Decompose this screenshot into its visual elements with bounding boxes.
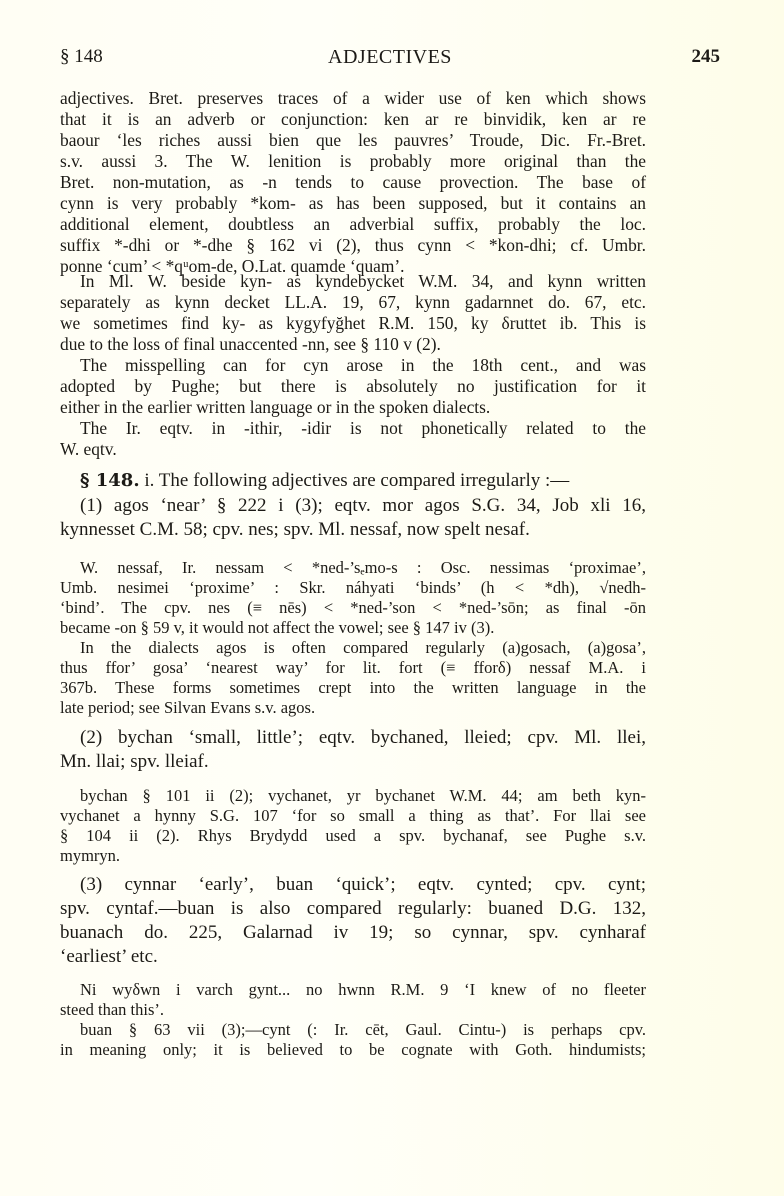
running-header: § 148 ADJECTIVES 245: [60, 46, 720, 72]
text-line: separately as kynn decket LL.A. 19, 67, …: [60, 292, 646, 313]
section-148-heading: § 148. i. The following adjectives are c…: [60, 469, 646, 493]
paragraph-misspelling: The misspelling can for cyn arose in the…: [60, 355, 646, 418]
text-line: additional element, doubtless an adverbi…: [60, 214, 646, 235]
book-page: § 148 ADJECTIVES 245 adjectives. Bret. p…: [0, 0, 784, 1196]
text-line: cynn is very probably *kom- as has been …: [60, 193, 646, 214]
text-line: due to the loss of final unaccented -nn,…: [60, 334, 646, 355]
text-line: In Ml. W. beside kyn- as kyndebycket W.M…: [60, 271, 646, 292]
paragraph-continued: adjectives. Bret. preserves traces of a …: [60, 88, 646, 277]
item-bychan: (2) bychan ‘small, little’; eqtv. bychan…: [60, 726, 646, 774]
text-line: W. eqtv.: [60, 439, 646, 460]
note-bychan: bychan § 101 ii (2); vychanet, yr bychan…: [60, 786, 646, 866]
text-line: that it is an adverb or conjunction: ken…: [60, 109, 646, 130]
text-line: buanach do. 225, Galarnad iv 19; so cynn…: [60, 921, 646, 945]
text-line: The misspelling can for cyn arose in the…: [60, 355, 646, 376]
text-line: steed than this’.: [60, 1000, 646, 1020]
item-agos: (1) agos ‘near’ § 222 i (3); eqtv. mor a…: [60, 494, 646, 542]
text-line: Ni wyδwn i varch gynt... no hwnn R.M. 9 …: [60, 980, 646, 1000]
item-cynnar-buan: (3) cynnar ‘early’, buan ‘quick’; eqtv. …: [60, 873, 646, 969]
text-line: mymryn.: [60, 846, 646, 866]
text-line: buan § 63 vii (3);—cynt (: Ir. cēt, Gaul…: [60, 1020, 646, 1040]
note-agos: W. nessaf, Ir. nessam < *ned-’sₑmo-s : O…: [60, 558, 646, 718]
paragraph-irish-equative: The Ir. eqtv. in -ithir, -idir is not ph…: [60, 418, 646, 460]
text-line: we sometimes find ky- as kygyfyğhet R.M.…: [60, 313, 646, 334]
section-number: § 148.: [80, 470, 140, 491]
text-line: kynnesset C.M. 58; cpv. nes; spv. Ml. ne…: [60, 518, 646, 542]
section-heading-text: i. The following adjectives are compared…: [144, 470, 569, 491]
note-cynnar-buan: Ni wyδwn i varch gynt... no hwnn R.M. 9 …: [60, 980, 646, 1060]
text-line: 367b. These forms sometimes crept into t…: [60, 678, 646, 698]
text-line: ‘earliest’ etc.: [60, 945, 646, 969]
text-line: Umb. nesimei ‘proxime’ : Skr. náhyati ‘b…: [60, 578, 646, 598]
text-line: § 104 ii (2). Rhys Brydydd used a spv. b…: [60, 826, 646, 846]
text-line: ‘bind’. The cpv. nes (≡ nēs) < *ned-’son…: [60, 598, 646, 618]
text-line: late period; see Silvan Evans s.v. agos.: [60, 698, 646, 718]
text-line: bychan § 101 ii (2); vychanet, yr bychan…: [60, 786, 646, 806]
text-line: vychanet a hynny S.G. 107 ‘for so small …: [60, 806, 646, 826]
text-line: adopted by Pughe; but there is absolutel…: [60, 376, 646, 397]
text-line: In the dialects agos is often compared r…: [60, 638, 646, 658]
header-title: ADJECTIVES: [60, 46, 720, 69]
paragraph-middle-welsh: In Ml. W. beside kyn- as kyndebycket W.M…: [60, 271, 646, 355]
text-line: either in the earlier written language o…: [60, 397, 646, 418]
text-line: (2) bychan ‘small, little’; eqtv. bychan…: [60, 726, 646, 750]
text-line: thus ffor’ gosa’ ‘nearest way’ for lit. …: [60, 658, 646, 678]
text-line: The Ir. eqtv. in -ithir, -idir is not ph…: [60, 418, 646, 439]
text-line: became -on § 59 v, it would not affect t…: [60, 618, 646, 638]
text-line: spv. cyntaf.—buan is also compared regul…: [60, 897, 646, 921]
section-heading-line: § 148. i. The following adjectives are c…: [60, 469, 646, 493]
text-line: in meaning only; it is believed to be co…: [60, 1040, 646, 1060]
text-line: adjectives. Bret. preserves traces of a …: [60, 88, 646, 109]
text-line: (3) cynnar ‘early’, buan ‘quick’; eqtv. …: [60, 873, 646, 897]
text-line: (1) agos ‘near’ § 222 i (3); eqtv. mor a…: [60, 494, 646, 518]
page-number: 245: [692, 46, 721, 68]
text-line: suffix *-dhi or *-dhe § 162 vi (2), thus…: [60, 235, 646, 256]
text-line: baour ‘les riches aussi bien que les pau…: [60, 130, 646, 151]
text-line: s.v. aussi 3. The W. lenition is probabl…: [60, 151, 646, 172]
text-line: W. nessaf, Ir. nessam < *ned-’sₑmo-s : O…: [60, 558, 646, 578]
text-line: Mn. llai; spv. lleiaf.: [60, 750, 646, 774]
text-line: Bret. non-mutation, as -n tends to cause…: [60, 172, 646, 193]
